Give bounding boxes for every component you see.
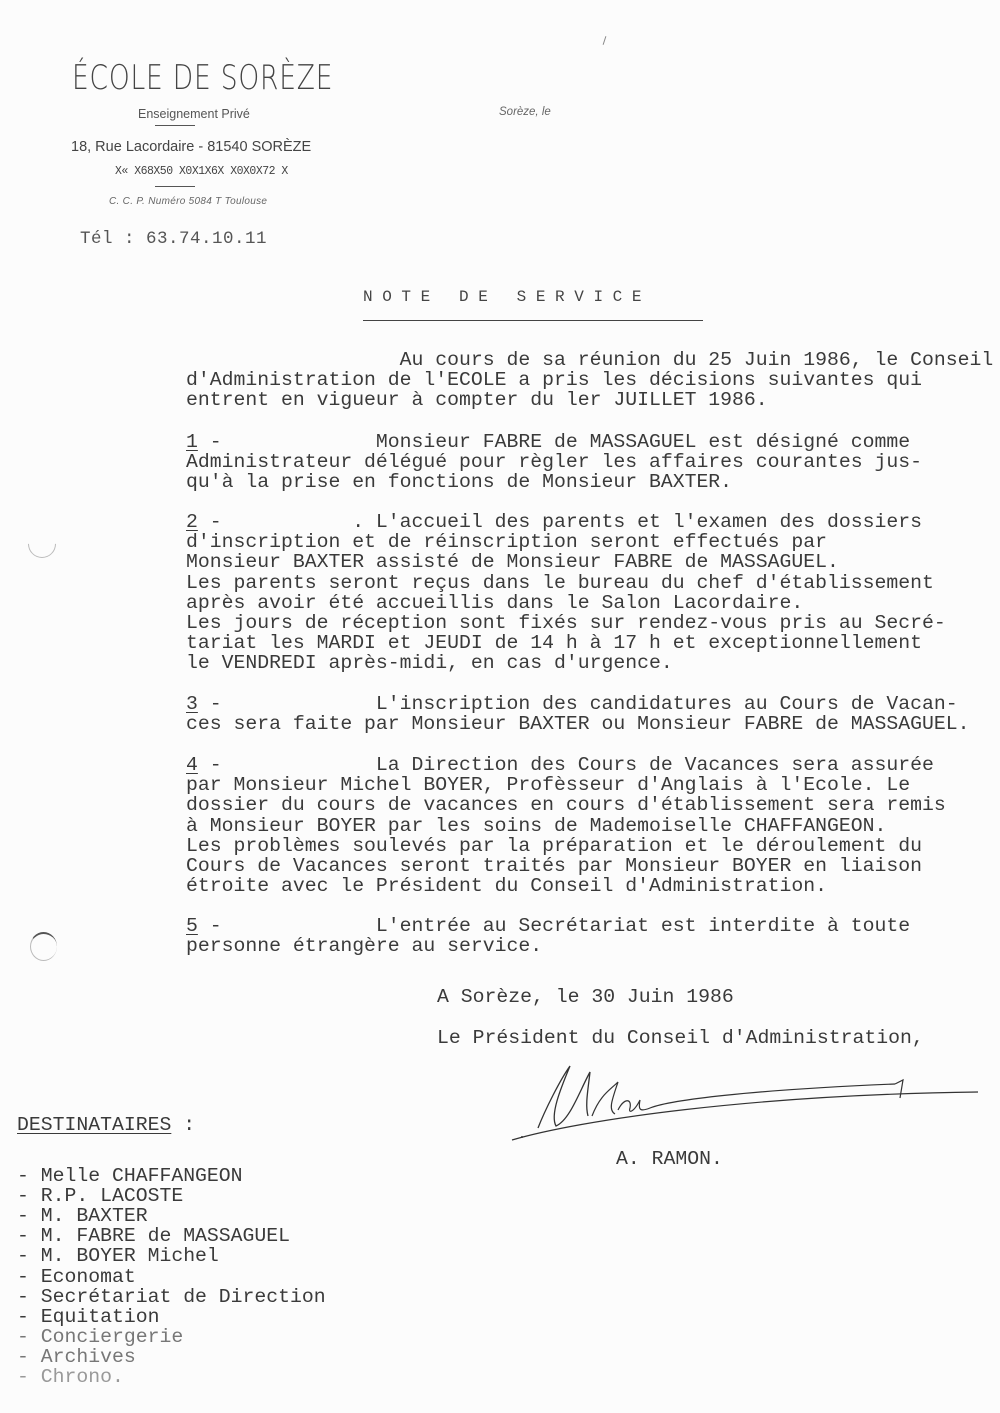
- school-name: ÉCOLE DE SORÈZE: [72, 58, 333, 98]
- recipient-item: - M. BAXTER: [17, 1206, 148, 1226]
- item-2-line: Monsieur BAXTER assisté de Monsieur FABR…: [186, 552, 839, 572]
- signatory-name: A. RAMON.: [616, 1148, 723, 1170]
- intro-line: Au cours de sa réunion du 25 Juin 1986, …: [186, 350, 993, 370]
- closing-place-date: A Sorèze, le 30 Juin 1986: [437, 986, 734, 1008]
- recipient-item: - Melle CHAFFANGEON: [17, 1166, 243, 1186]
- recipient-item: - R.P. LACOSTE: [17, 1186, 183, 1206]
- item-3-line: ces sera faite par Monsieur BAXTER ou Mo…: [186, 714, 969, 734]
- phone-number: Tél : 63.74.10.11: [80, 229, 267, 249]
- punch-hole-mark: [22, 524, 62, 564]
- intro-line: d'Administration de l'ECOLE a pris les d…: [186, 370, 922, 390]
- item-number: 3: [186, 693, 198, 715]
- item-number: 2: [186, 511, 198, 533]
- item-text: - La Direction des Cours de Vacances ser…: [198, 754, 934, 776]
- title-underline: [363, 320, 703, 321]
- punch-hole-mark: [30, 932, 57, 961]
- item-4-line: étroite avec le Président du Conseil d'A…: [186, 876, 827, 896]
- item-2-line: après avoir été accueillis dans le Salon…: [186, 593, 803, 613]
- item-4-line: dossier du cours de vacances en cours d'…: [186, 795, 946, 815]
- recipient-item: - Conciergerie: [17, 1327, 183, 1347]
- item-4-first-line: 4 - La Direction des Cours de Vacances s…: [186, 755, 934, 775]
- school-address: 18, Rue Lacordaire - 81540 SORÈZE: [71, 139, 311, 155]
- struck-out-line: X« X68X50 X0X1X6X X0X0X72 X: [115, 165, 288, 178]
- item-1-line: Administrateur délégué pour règler les a…: [186, 452, 922, 472]
- item-number: 1: [186, 431, 198, 453]
- item-text: - . L'accueil des parents et l'examen de…: [198, 511, 922, 533]
- letterhead-divider: [155, 186, 195, 187]
- item-number: 5: [186, 915, 198, 937]
- item-text: - L'entrée au Secrétariat est interdite …: [198, 915, 910, 937]
- recipients-heading-label: DESTINATAIRES: [17, 1114, 171, 1136]
- recipients-heading-colon: :: [171, 1114, 195, 1136]
- letterhead-divider: [155, 125, 195, 126]
- recipient-item: - Equitation: [17, 1307, 159, 1327]
- item-2-first-line: 2 - . L'accueil des parents et l'examen …: [186, 512, 922, 532]
- recipient-item: - M. BOYER Michel: [17, 1246, 219, 1266]
- recipient-item: - Economat: [17, 1267, 136, 1287]
- item-4-line: par Monsieur Michel BOYER, Profèsseur d'…: [186, 775, 910, 795]
- signature: [500, 1050, 990, 1150]
- note-title: N O T E D E S E R V I C E: [363, 288, 641, 306]
- item-1-first-line: 1 - Monsieur FABRE de MASSAGUEL est dési…: [186, 432, 910, 452]
- recipient-item: - M. FABRE de MASSAGUEL: [17, 1226, 290, 1246]
- ccp-number: C. C. P. Numéro 5084 T Toulouse: [109, 196, 267, 207]
- document-page: ÉCOLE DE SORÈZE Enseignement Privé 18, R…: [0, 0, 1000, 1413]
- item-5-line: personne étrangère au service.: [186, 936, 542, 956]
- place-date-label: Sorèze, le: [499, 106, 551, 118]
- item-5-first-line: 5 - L'entrée au Secrétariat est interdit…: [186, 916, 910, 936]
- item-2-line: d'inscription et de réinscription seront…: [186, 532, 827, 552]
- scan-mark: [603, 36, 607, 45]
- item-4-line: à Monsieur BOYER par les soins de Mademo…: [186, 816, 886, 836]
- item-2-line: le VENDREDI après-midi, en cas d'urgence…: [186, 653, 673, 673]
- recipient-item: - Secrétariat de Direction: [17, 1287, 326, 1307]
- recipient-item: - Archives: [17, 1347, 136, 1367]
- item-3-first-line: 3 - L'inscription des candidatures au Co…: [186, 694, 958, 714]
- item-number: 4: [186, 754, 198, 776]
- item-4-line: Cours de Vacances seront traités par Mon…: [186, 856, 922, 876]
- recipient-item: - Chrono.: [17, 1367, 124, 1387]
- signatory-title: Le Président du Conseil d'Administration…: [437, 1027, 924, 1049]
- school-subtitle: Enseignement Privé: [138, 107, 250, 121]
- recipients-heading: DESTINATAIRES :: [17, 1114, 195, 1136]
- intro-line: entrent en vigueur à compter du ler JUIL…: [186, 390, 768, 410]
- item-1-line: qu'à la prise en fonctions de Monsieur B…: [186, 472, 732, 492]
- item-2-line: Les jours de réception sont fixés sur re…: [186, 613, 946, 633]
- item-text: - L'inscription des candidatures au Cour…: [198, 693, 958, 715]
- item-4-line: Les problèmes soulevés par la préparatio…: [186, 836, 922, 856]
- item-text: - Monsieur FABRE de MASSAGUEL est désign…: [198, 431, 910, 453]
- item-2-line: Les parents seront reçus dans le bureau …: [186, 573, 934, 593]
- item-2-line: tariat les MARDI et JEUDI de 14 h à 17 h…: [186, 633, 922, 653]
